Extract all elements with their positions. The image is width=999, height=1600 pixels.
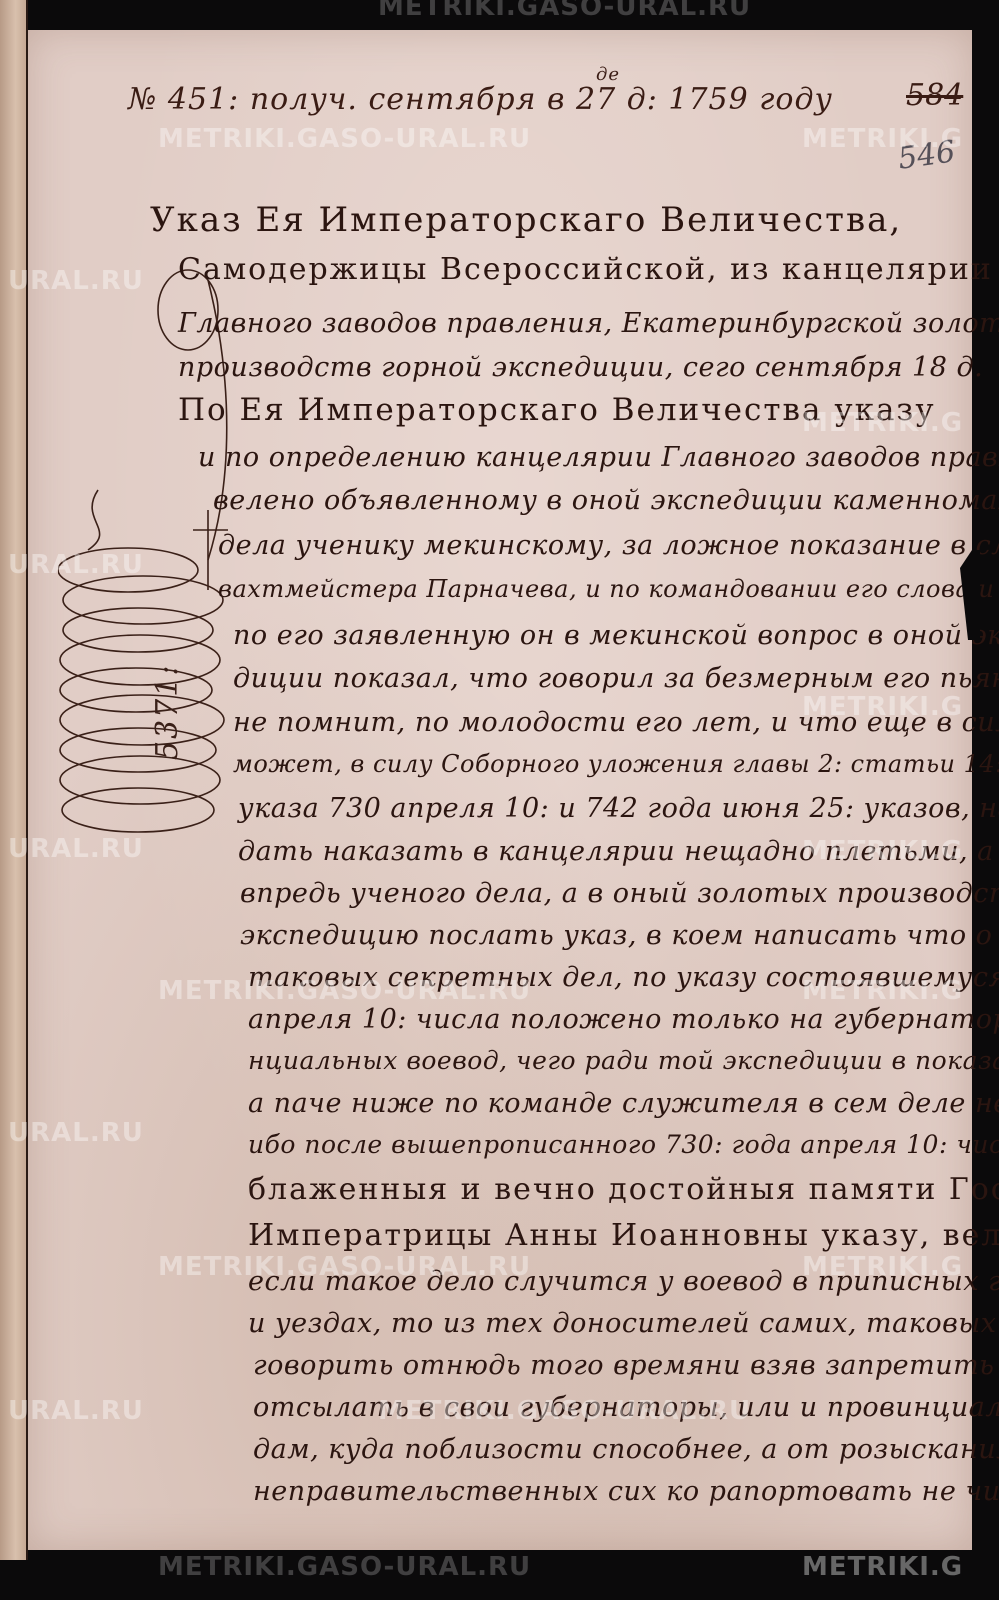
adjacent-page-edge — [0, 0, 28, 1560]
watermark: METRIKI.GASO-URAL.RU — [158, 1552, 531, 1582]
folio-number-old: 584 — [906, 78, 963, 113]
manuscript-line: таковых секретных дел, по указу состоявш… — [248, 962, 999, 993]
manuscript-line: диции показал, что говорил за безмерным … — [233, 663, 999, 694]
manuscript-line: велено объявленному в оной экспедиции ка… — [213, 485, 999, 516]
manuscript-line: Главного заводов правления, Екатеринбург… — [178, 308, 999, 339]
manuscript-line: отсылать в свои губернаторы, или и прови… — [253, 1392, 999, 1423]
manuscript-line: ибо после вышепрописанного 730: года апр… — [248, 1130, 999, 1159]
manuscript-line: Указ Ея Императорскаго Величества, — [150, 200, 902, 240]
manuscript-line: впредь ученого дела, а в оный золотых пр… — [240, 878, 999, 909]
manuscript-line: Самодержицы Всероссийской, из канцелярии — [178, 252, 993, 287]
manuscript-line: апреля 10: числа положено только на губе… — [248, 1004, 999, 1035]
manuscript-line: блаженныя и вечно достойныя памяти Госуд… — [248, 1172, 999, 1207]
manuscript-line: нциальных воевод, чего ради той экспедиц… — [248, 1046, 999, 1075]
folio-number-new: 546 — [896, 134, 958, 177]
manuscript-page: № 451: получ. сентября в 27 д: 1759 году… — [28, 30, 972, 1550]
manuscript-line: не помнит, по молодости его лет, и что е… — [233, 707, 999, 738]
manuscript-line: Императрицы Анны Иоанновны указу, велено… — [248, 1218, 999, 1253]
manuscript-line: может, в силу Соборного уложения главы 2… — [233, 750, 999, 778]
manuscript-line: а паче ниже по команде служителя в сем д… — [248, 1088, 999, 1119]
manuscript-line: говорить отнюдь того времяни взяв запрет… — [253, 1350, 999, 1381]
manuscript-line: производств горной экспедиции, сего сент… — [178, 352, 983, 383]
manuscript-line: По Ея Императорскаго Величества указу — [178, 392, 936, 428]
manuscript-line: дам, куда поблизости способнее, а от роз… — [253, 1434, 999, 1465]
header-text: № 451: получ. сентября в 27 д: 1759 году — [128, 82, 833, 117]
manuscript-line: и по определению канцелярии Главного зав… — [198, 442, 999, 473]
manuscript-line: указа 730 апреля 10: и 742 года июня 25:… — [238, 793, 999, 824]
watermark: METRIKI.G — [802, 1552, 963, 1582]
document-header: № 451: получ. сентября в 27 д: 1759 году… — [128, 82, 833, 117]
watermark: METRIKI.GASO-URAL.RU — [378, 0, 751, 22]
manuscript-line: по его заявленную он в мекинской вопрос … — [233, 620, 999, 651]
manuscript-line: и уездах, то из тех доносителей самих, т… — [248, 1308, 999, 1339]
header-superscript: де — [596, 64, 620, 85]
manuscript-line: дела ученику мекинскому, за ложное показ… — [218, 530, 999, 561]
manuscript-line: если такое дело случится у воевод в прип… — [248, 1266, 999, 1297]
manuscript-line: экспедицию послать указ, в коем написать… — [240, 920, 999, 951]
margin-register-number: 5371: — [150, 664, 185, 760]
manuscript-line: неправительственных сих ко рапортовать н… — [253, 1476, 999, 1507]
manuscript-line: вахтмейстера Парначева, и по командовани… — [218, 575, 999, 603]
manuscript-line: дать наказать в канцелярии нещадно плеть… — [238, 836, 999, 867]
